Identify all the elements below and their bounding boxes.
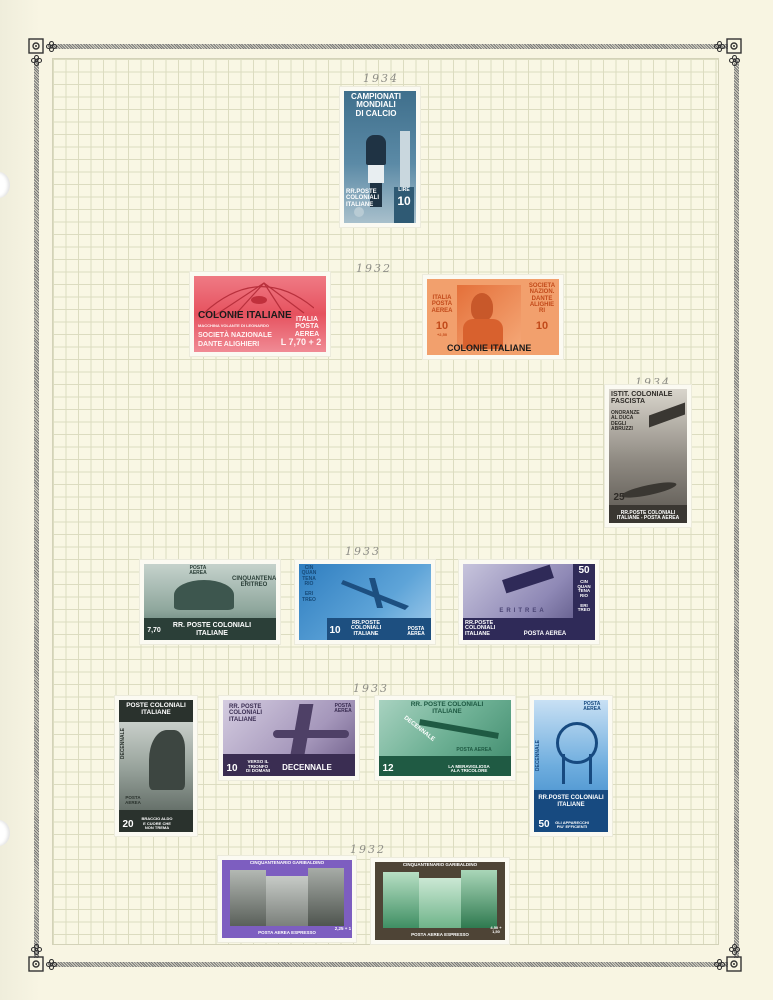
horseman-panel [461,870,497,928]
rosette-icon [729,55,740,66]
album-page: 1934 1932 1934 1933 1933 1932 CAMPIONATI… [0,0,773,1000]
year-label: 1933 [353,682,389,695]
corner-ornament-icon [726,38,742,54]
stamp-title: CINQUANTENARIO GARIBALDINO [377,863,503,868]
stamp-value: L 7,70 + 2 [278,338,324,347]
value-tablet: LIRE 10 [394,187,414,223]
year-label: 1933 [345,545,381,558]
stamp-decennale-20[interactable]: POSTE COLONIALI ITALIANE DECENNALE POSTA… [115,696,197,836]
statue-panel [230,870,266,926]
stamp-value: 25 [611,493,627,504]
stamp-bottom-text: RR.POSTE COLONIALI ITALIANE - POSTA AERE… [609,511,687,522]
airplane-panel [266,876,308,926]
airplane-fuselage [273,730,349,738]
corner-ornament-icon [28,956,44,972]
stamp-abruzzi[interactable]: ISTIT. COLONIALE FASCISTA ONORANZE AL DU… [605,385,691,527]
stamp-leonardo[interactable]: COLONIE ITALIANE ITALIA POSTA AEREA MACC… [190,272,330,356]
binder-hole [0,820,10,846]
stamp-title: POSTE COLONIALI ITALIANE [119,703,193,717]
stamp-title: RR.POSTE COLONIALI ITALIANE [534,795,608,808]
stamp-value: 4,50 + 1,50 [487,926,505,934]
rosette-icon [729,944,740,955]
stamp-dante[interactable]: ITALIA POSTA AEREA 10 +2,50 SOCIETA NAZI… [423,275,563,359]
stamp-title: ISTIT. COLONIALE FASCISTA [611,391,685,406]
border-bottom [48,962,728,967]
rosette-icon [714,959,725,970]
stamp-value: 10 [329,626,341,637]
stamp-value: 50 [536,820,552,831]
airplane-panel [419,878,461,928]
football [354,207,364,217]
stamp-bottom-text: RR.POSTE COLONIALI ITALIANE [465,621,509,638]
overprint: COLONIE ITALIANE [198,310,292,321]
dante-portrait [457,285,521,349]
canoe [621,479,678,500]
stamp-eritreo-50[interactable]: ERITREA 50 CIN QUAN TENA RIO ERI TREO RR… [459,560,599,644]
rosette-icon [46,959,57,970]
corner-ornament-icon [28,38,44,54]
rosette-icon [31,55,42,66]
stamp-value: 2,25 + 1 [334,927,352,932]
rosette-icon [714,41,725,52]
stamp-title: CINQUANTENARIO GARIBALDINO [224,861,350,866]
stamp-garibaldi-green[interactable]: CINQUANTENARIO GARIBALDINO POSTA AEREA E… [371,858,509,944]
stamp-value: 12 [381,764,395,775]
border-top [48,44,728,49]
stamp-decennale-12[interactable]: RR. POSTE COLONIALI ITALIANE DECENNALE P… [375,696,515,780]
stamp-value: 50 [574,566,594,577]
stamp-value: 10 [394,195,414,208]
stamp-bottom-text: RR.POSTE COLONIALI ITALIANE [346,189,376,208]
stamp-bottom-text: LA MERAVIGLIOSA ALA TRICOLORE [439,765,499,774]
rosette-icon [31,944,42,955]
stamp-bottom-text: RR. POSTE COLONIALI ITALIANE [164,622,260,637]
border-left [34,58,39,958]
airplane [649,402,685,427]
aircraft-nose [149,730,185,790]
stamp-calcio[interactable]: CAMPIONATI MONDIALI DI CALCIO RR.POSTE C… [340,87,420,227]
statue-panel [383,872,419,928]
year-label: 1932 [356,262,392,275]
tower [562,754,592,784]
stamp-bottom-text: RR.POSTE COLONIALI ITALIANE [341,621,391,638]
stamp-eritreo-770[interactable]: POSTA AEREA CINQUANTENARIO ERITREO RR. P… [140,560,280,644]
stamp-garibaldi-violet[interactable]: CINQUANTENARIO GARIBALDINO POSTA AEREA E… [218,856,356,942]
rosette-icon [46,41,57,52]
eagle [174,580,234,610]
corner-ornament-icon [726,956,742,972]
stamp-bottom-text: VERSO IL TRIONFO DI DOMANI [241,760,275,774]
airplane [502,565,554,594]
stamp-value: 20 [121,820,135,831]
stamp-bottom-text: GLI APPARECCHI PIU' EFFICIENTI [552,821,592,829]
footballer-shorts [368,165,384,183]
year-label: 1932 [350,843,386,856]
horseman-panel [308,868,344,926]
binder-hole [0,172,10,198]
stamp-decennale-50[interactable]: POSTA AEREA DECENNALE RR.POSTE COLONIALI… [530,696,612,836]
stamp-bottom-text: POSTA AEREA ESPRESSO [395,933,485,938]
year-label: 1934 [363,72,399,85]
airplane-icon [341,574,411,614]
stamp-decennale-10[interactable]: RR. POSTE COLONIALI ITALIANE POSTA AEREA… [219,696,359,780]
stamp-title: RR. POSTE COLONIALI ITALIANE [229,704,273,723]
stamp-value: 10 [225,764,239,775]
stamp-value: 10 [429,321,455,333]
stamp-eritreo-10[interactable]: CIN QUAN TENA RIO ERI TREO RR.POSTE COLO… [295,560,435,644]
stamp-title: CAMPIONATI MONDIALI DI CALCIO [346,93,406,118]
stamp-bottom-text: BRACCIO ALDO E CUORE CHE NON TREMA [137,817,177,830]
airplane-wing [291,704,314,754]
stamp-bottom-text: POSTA AEREA ESPRESSO [242,931,332,936]
footballer-figure [366,135,386,165]
overprint: COLONIE ITALIANE [447,343,531,353]
stamp-value: 7,70 [145,627,163,634]
stamp-title: RR. POSTE COLONIALI ITALIANE [385,702,509,716]
border-right [734,58,739,958]
